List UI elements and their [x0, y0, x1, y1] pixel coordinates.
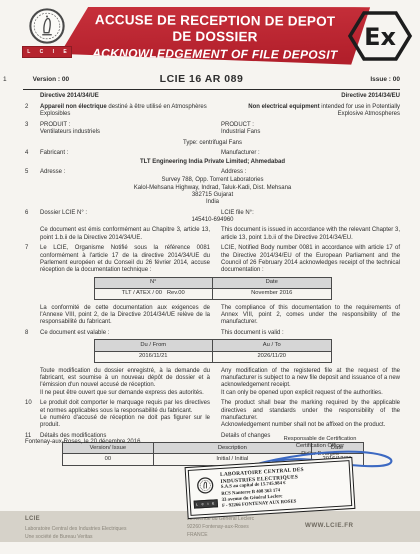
footer-company-sub: Une société de Bureau Veritas	[25, 533, 187, 541]
place-and-date: Fontenay-aux-Roses, le 20 décembre 2016	[25, 439, 140, 445]
document-body: Directive 2014/34/UE Directive 2014/34/E…	[0, 93, 420, 471]
adresse-label: Adresse :	[40, 169, 210, 176]
doc-table-header: N°	[94, 277, 213, 288]
item-2: 2 Appareil non électrique destiné à être…	[25, 104, 400, 119]
title-en: ACKNOWLEDGEMENT OF FILE DEPOSIT	[60, 46, 370, 62]
item-10: 10 Le produit doit comporter le marquage…	[25, 400, 400, 429]
stamp-inner-frame: L C I E LABORATOIRE CENTRAL DES INDUSTRI…	[188, 460, 353, 516]
documentation-table: N° Date TLT / ATEX / 00 Rev.00 November …	[94, 277, 332, 300]
footer-address-line: 92260 Fontenay-aux-Roses	[187, 523, 305, 531]
item-8: 8 Ce document est valable : This documen…	[25, 330, 400, 337]
table-row: TLT / ATEX / 00 Rev.00 November 2016	[94, 288, 331, 299]
document-number: LCIE 16 AR 089	[160, 73, 244, 85]
produit-label: PRODUIT :	[40, 122, 210, 129]
item-7: 7 Le LCIE, Organisme Notifié sous la réf…	[25, 245, 400, 274]
file-number: 145410-694960	[25, 217, 400, 224]
address-line: India	[25, 199, 400, 206]
svg-text:Ex: Ex	[364, 23, 396, 51]
produit-value: Ventilateurs industriels	[40, 129, 210, 136]
dossier-label: Dossier LCIE N° :	[40, 210, 210, 217]
product-type: Type: centrifugal Fans	[25, 140, 400, 147]
footer-website: WWW.LCIE.FR	[305, 522, 353, 529]
product-label: PRODUCT :	[221, 122, 400, 129]
valid-from-cell: 2016/11/21	[94, 351, 213, 362]
stamp-text: LABORATOIRE CENTRAL DES INDUSTRIES ELECT…	[216, 464, 348, 510]
item-3: 3 PRODUIT : Ventilateurs industriels PRO…	[25, 122, 400, 137]
directive-row: Directive 2014/34/UE Directive 2014/34/E…	[25, 93, 400, 100]
item-6-text: Ce document est émis conformément au Cha…	[25, 227, 400, 242]
product-value: Industrial Fans	[221, 129, 400, 136]
version-label: 1Version : 00	[3, 76, 69, 83]
header-divider	[23, 89, 400, 90]
address-line: Survey 788, Opp. Torrent Laboratories	[25, 177, 400, 184]
doc-date-cell: November 2016	[213, 288, 332, 299]
lcie-logo-letters: L C I E	[22, 46, 72, 58]
item-5: 5 Adresse : Address :	[25, 169, 400, 176]
role-fr: Responsable de Certification	[250, 436, 390, 443]
table-row: 2016/11/21 2026/11/20	[94, 351, 331, 362]
manufacturer-name: TLT Engineering India Private Limited; A…	[25, 159, 400, 166]
document-page: L C I E ACCUSE DE RECEPTION DE DEPOT DE …	[0, 0, 420, 554]
title-fr-line2: DE DOSSIER	[60, 27, 370, 45]
title-banner: ACCUSE DE RECEPTION DE DEPOT DE DOSSIER …	[60, 5, 370, 69]
validity-table: Du / From Au / To 2016/11/21 2026/11/20	[94, 339, 332, 362]
footer-address-block: 33 Avenue du Général Leclerc 92260 Fonte…	[187, 515, 305, 542]
doc-number-cell: TLT / ATEX / 00 Rev.00	[94, 288, 213, 299]
item-7-text2: La conformité de cette documentation aux…	[25, 305, 400, 327]
lcie-logo: L C I E	[22, 7, 72, 58]
fabricant-label: Fabricant :	[40, 150, 210, 157]
address-line: 382715 Gujarat	[25, 192, 400, 199]
validity-header-from: Du / From	[94, 340, 213, 351]
directive-fr: Directive 2014/34/UE	[40, 93, 99, 99]
address-line: Kalol-Mehsana Highway, Indrad, Taluk-Kad…	[25, 185, 400, 192]
item-6: 6 Dossier LCIE N° : LCIE file N°:	[25, 210, 400, 217]
manufacturer-label: Manufacturer :	[221, 150, 400, 157]
item-1-number: 1	[3, 76, 7, 83]
file-label: LCIE file N°:	[221, 210, 400, 217]
doc-table-header: Date	[213, 277, 332, 288]
title-fr-line1: ACCUSE DE RECEPTION DE DEPOT	[60, 12, 370, 30]
item-4: 4 Fabricant : Manufacturer :	[25, 150, 400, 157]
lcie-seal-icon	[28, 7, 66, 45]
stamp-seal-icon	[196, 476, 214, 494]
stamp-logo-letters: L C I E	[194, 499, 218, 508]
change-version-cell: 00	[62, 454, 154, 465]
footer-address-line: FRANCE	[187, 531, 305, 539]
meta-row: 1Version : 00 LCIE 16 AR 089 Issue : 00	[3, 73, 400, 87]
footer-website-block: WWW.LCIE.FR	[305, 515, 420, 542]
footer-company-name: LCIE	[25, 515, 187, 525]
valid-to-cell: 2026/11/20	[213, 351, 332, 362]
issue-label: Issue : 00	[370, 76, 400, 83]
directive-en: Directive 2014/34/EU	[341, 93, 400, 99]
validity-header-to: Au / To	[213, 340, 332, 351]
stamp-lcie-logo: L C I E	[192, 476, 218, 508]
company-stamp: L C I E LABORATOIRE CENTRAL DES INDUSTRI…	[185, 457, 356, 519]
footer-company-block: LCIE Laboratoire Central des Industries …	[25, 515, 187, 542]
atex-ex-icon: Ex	[346, 10, 414, 62]
footer-company-sub: Laboratoire Central des Industries Elect…	[25, 525, 187, 533]
item-9: Toute modification du dossier enregistré…	[25, 368, 400, 397]
address-label: Address :	[221, 169, 400, 176]
